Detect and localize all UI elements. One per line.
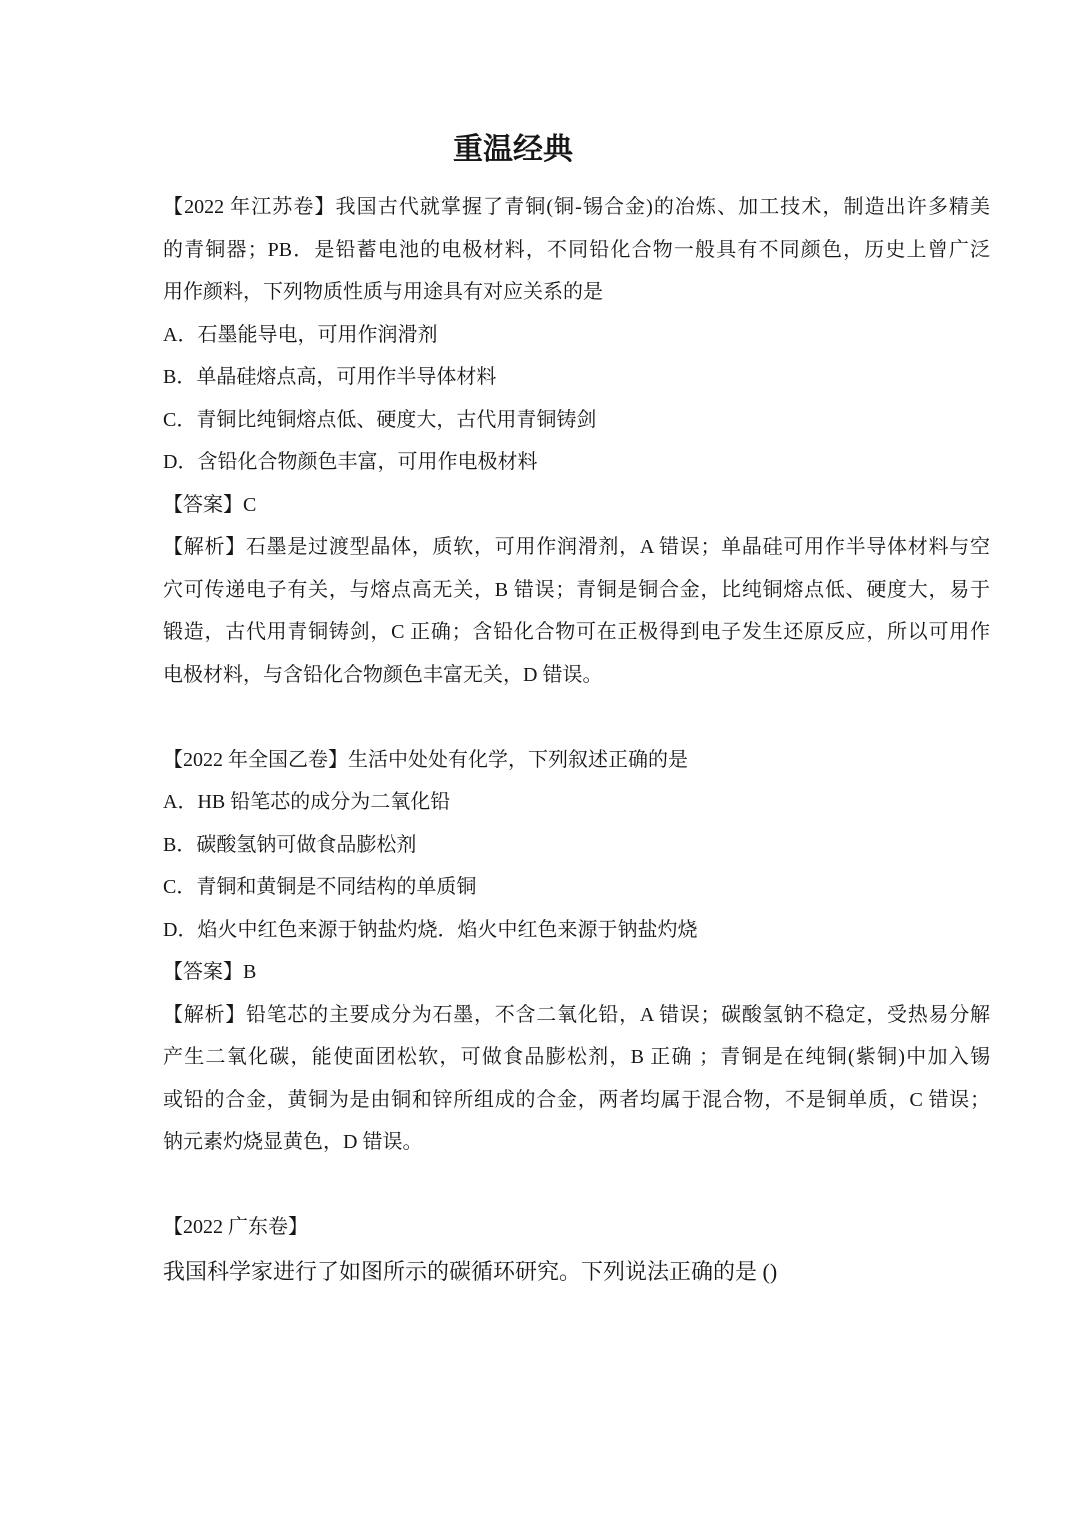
question-1: 【2022 年江苏卷】我国古代就掌握了青铜(铜-锡合金)的冶炼、加工技术，制造出… (163, 186, 990, 696)
q1-analysis-line-3: 锻造，古代用青铜铸剑，C 正确；含铅化合物可在正极得到电子发生还原反应，所以可用… (163, 611, 990, 654)
q2-analysis-line-4: 钠元素灼烧显黄色，D 错误。 (163, 1121, 990, 1164)
q2-answer: 【答案】B (163, 951, 990, 994)
question-3: 【2022 广东卷】 我国科学家进行了如图所示的碳循环研究。下列说法正确的是 (… (163, 1206, 990, 1294)
q1-option-d: D．含铅化合物颜色丰富，可用作电极材料 (163, 441, 990, 484)
q2-option-c: C．青铜和黄铜是不同结构的单质铜 (163, 866, 990, 909)
q1-analysis-line-1: 【解析】石墨是过渡型晶体，质软，可用作润滑剂，A 错误；单晶硅可用作半导体材料与… (163, 526, 990, 569)
q2-option-b: B．碳酸氢钠可做食品膨松剂 (163, 824, 990, 867)
q1-analysis-line-2: 穴可传递电子有关，与熔点高无关，B 错误；青铜是铜合金，比纯铜熔点低、硬度大，易… (163, 569, 990, 612)
q1-option-c: C．青铜比纯铜熔点低、硬度大，古代用青铜铸剑 (163, 399, 990, 442)
q2-analysis-line-1: 【解析】铅笔芯的主要成分为石墨，不含二氧化铅，A 错误；碳酸氢钠不稳定，受热易分… (163, 994, 990, 1037)
document-page: 重温经典 【2022 年江苏卷】我国古代就掌握了青铜(铜-锡合金)的冶炼、加工技… (0, 0, 1080, 1528)
q1-analysis-line-4: 电极材料，与含铅化合物颜色丰富无关，D 错误。 (163, 654, 990, 697)
q2-option-a: A．HB 铅笔芯的成分为二氧化铅 (163, 781, 990, 824)
q1-option-a: A．石墨能导电，可用作润滑剂 (163, 314, 990, 357)
q2-analysis-line-3: 或铅的合金，黄铜为是由铜和锌所组成的合金，两者均属于混合物，不是铜单质，C 错误… (163, 1079, 990, 1122)
q2-option-d: D．焰火中红色来源于钠盐灼烧．焰火中红色来源于钠盐灼烧 (163, 909, 990, 952)
q3-source: 【2022 广东卷】 (163, 1206, 990, 1249)
question-2: 【2022 年全国乙卷】生活中处处有化学，下列叙述正确的是 A．HB 铅笔芯的成… (163, 739, 990, 1164)
q2-head: 【2022 年全国乙卷】生活中处处有化学，下列叙述正确的是 (163, 739, 990, 782)
q1-stem-line-2: 的青铜器；PB．是铅蓄电池的电极材料，不同铅化合物一般具有不同颜色，历史上曾广泛 (163, 229, 990, 272)
q3-stem: 我国科学家进行了如图所示的碳循环研究。下列说法正确的是 () (163, 1249, 990, 1294)
q1-stem-line-1: 【2022 年江苏卷】我国古代就掌握了青铜(铜-锡合金)的冶炼、加工技术，制造出… (163, 186, 990, 229)
document-body: 【2022 年江苏卷】我国古代就掌握了青铜(铜-锡合金)的冶炼、加工技术，制造出… (163, 170, 990, 1294)
q1-option-b: B．单晶硅熔点高，可用作半导体材料 (163, 356, 990, 399)
page-title: 重温经典 (0, 0, 1053, 170)
q1-stem-line-3: 用作颜料，下列物质性质与用途具有对应关系的是 (163, 271, 990, 314)
q1-answer: 【答案】C (163, 484, 990, 527)
q2-analysis-line-2: 产生二氧化碳，能使面团松软，可做食品膨松剂，B 正确 ；青铜是在纯铜(紫铜)中加… (163, 1036, 990, 1079)
